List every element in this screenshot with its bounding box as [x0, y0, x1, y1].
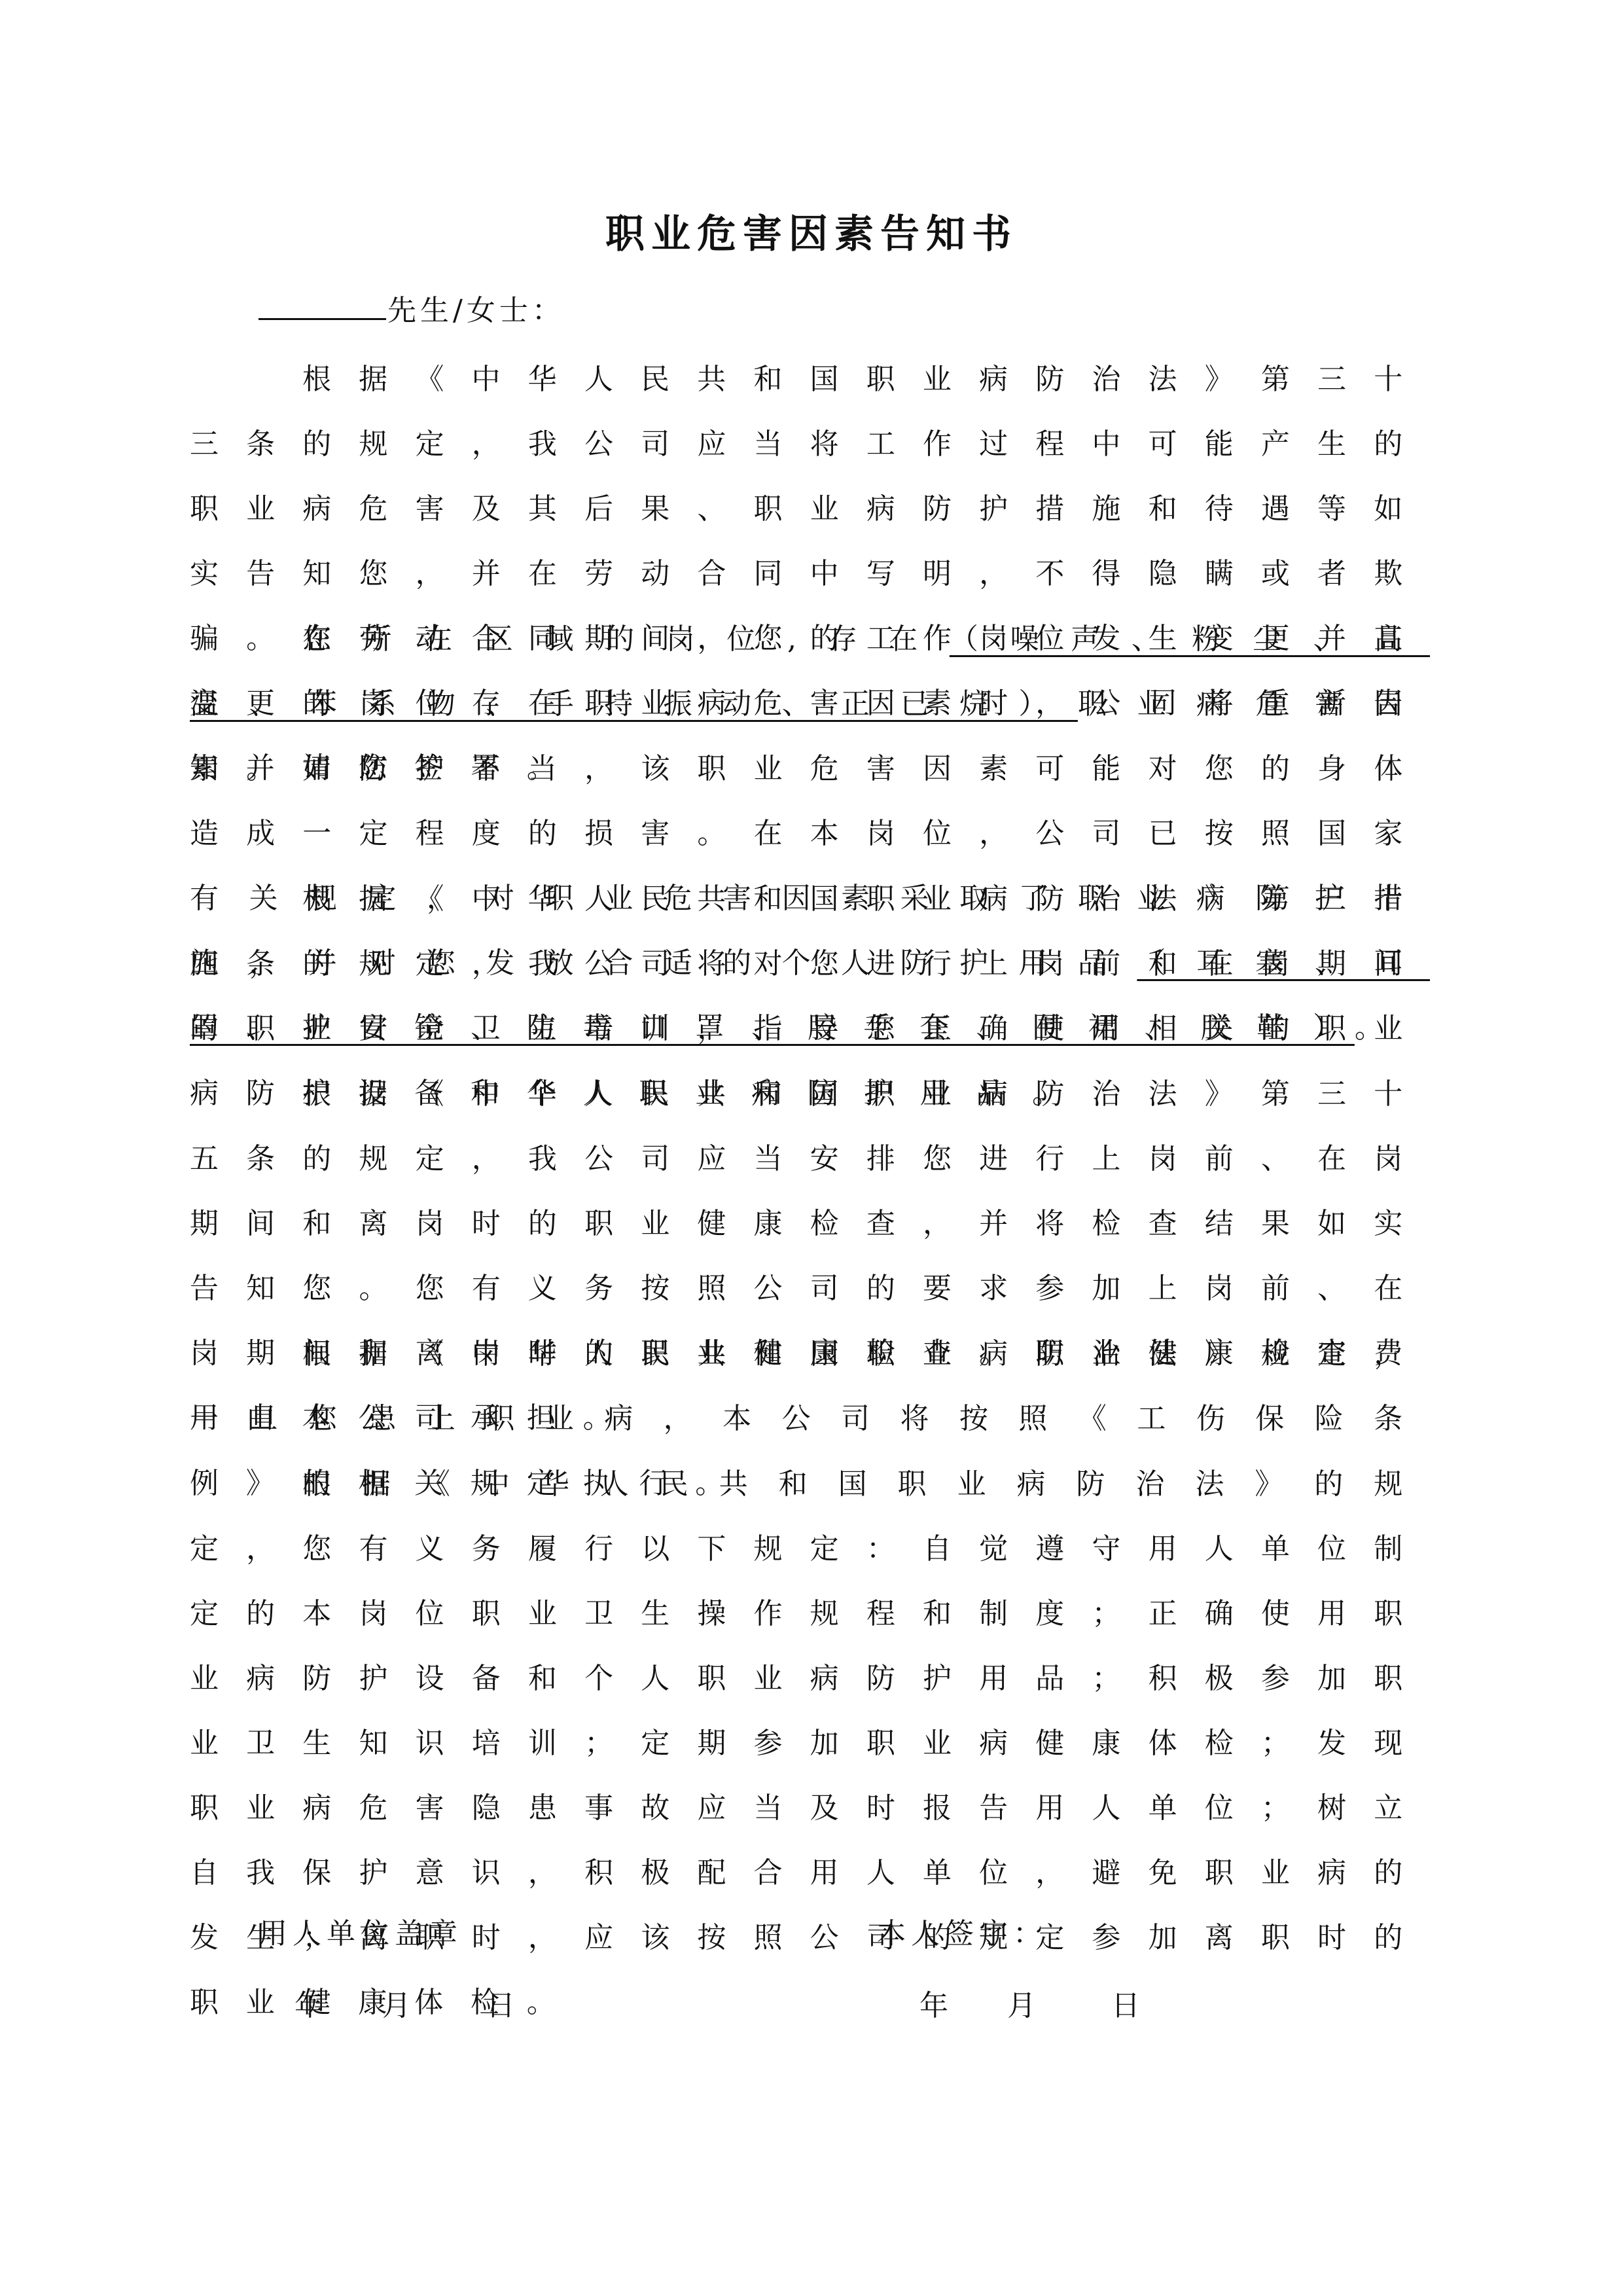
employee-date[interactable]: 年月日 [919, 1986, 1140, 2026]
employer-date[interactable]: 年月日 [294, 1986, 515, 2026]
name-blank-field[interactable] [259, 289, 386, 320]
document-title: 职业危害因素告知书 [0, 208, 1623, 260]
document-page: 职业危害因素告知书 先生/女士： 根据《中华人民共和国职业病防治法》第三十三条的… [0, 0, 1623, 2296]
day-label: 日 [486, 1986, 515, 2026]
employer-seal-label: 用人单位盖章 [259, 1914, 463, 1954]
day-label: 日 [1111, 1986, 1140, 2026]
month-label: 月 [1007, 1986, 1036, 2026]
salutation-text: 先生/女士： [387, 294, 565, 327]
year-label: 年 [294, 1986, 323, 2026]
month-label: 月 [382, 1986, 411, 2026]
employee-signature-label[interactable]: 本人签字： [877, 1914, 1047, 1954]
year-label: 年 [919, 1986, 948, 2026]
paragraph-text: 您所在区域的岗位,存在 [302, 622, 950, 656]
salutation: 先生/女士： [259, 288, 565, 334]
